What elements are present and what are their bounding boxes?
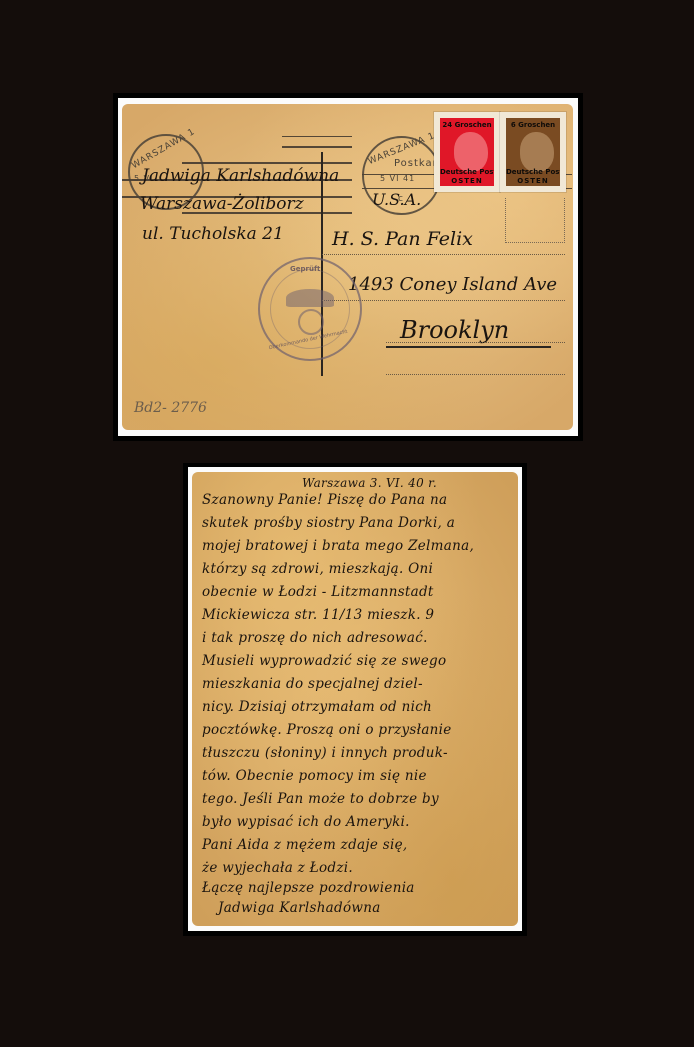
address-line (386, 374, 565, 375)
stamp-24-groschen: 24 Groschen Deutsche Post OSTEN (434, 112, 500, 192)
letter-line: że wyjechała z Łodzi. (202, 860, 353, 876)
portrait-icon (520, 132, 554, 172)
letter-line: skutek prośby siostry Pana Dorki, a (202, 515, 455, 531)
recipient-street: 1493 Coney Island Ave (348, 274, 557, 295)
archive-number: Bd2- 2776 (134, 400, 207, 416)
letter-line: Łączę najlepsze pozdrowienia (202, 880, 415, 896)
letter-line: mieszkania do specjalnej dziel- (202, 676, 423, 692)
letter-line: Mickiewicza str. 11/13 mieszk. 9 (202, 607, 434, 623)
letter-date: Warszawa 3. VI. 40 r. (302, 476, 437, 490)
letter-line: Musieli wyprowadzić się ze swego (202, 653, 446, 669)
postcard-front: WARSZAWA 1 5.VI WARSZAWA 1 Postkarte 5 V… (122, 104, 573, 430)
recipient-country: U.S.A. (372, 190, 421, 209)
letter-line: którzy są zdrowi, mieszkają. Oni (202, 561, 433, 577)
sender-name: Jadwiga Karlshadówna (142, 166, 339, 186)
postmark-right-date: 5 VI 41 (380, 174, 415, 183)
portrait-icon (454, 132, 488, 172)
letter-line: tów. Obecnie pomocy im się nie (202, 768, 427, 784)
letter-line: było wypisać ich do Ameryki. (202, 814, 410, 830)
stamp-overprint: OSTEN (506, 177, 560, 185)
address-line (386, 342, 565, 343)
letter-line: mojej bratowej i brata mego Zelmana, (202, 538, 474, 554)
cancel-bar (282, 136, 352, 137)
city-underline (386, 346, 551, 348)
stamp-box (505, 198, 565, 243)
wreath-icon (298, 309, 324, 335)
letter-line: obecnie w Łodzi - Litzmannstadt (202, 584, 434, 600)
sender-city: Warszawa-Żoliborz (140, 194, 304, 214)
letter-line: tego. Jeśli Pan może to dobrze by (202, 791, 439, 807)
stamp-overprint: OSTEN (440, 177, 494, 185)
cancel-bar (282, 146, 352, 148)
postcard-back: Warszawa 3. VI. 40 r. Szanowny Panie! Pi… (192, 472, 518, 926)
eagle-icon (286, 289, 334, 307)
stamp-6-groschen: 6 Groschen Deutsche Post OSTEN (500, 112, 566, 192)
censor-stamp: Geprüft Oberkommando der Wehrmacht (258, 257, 362, 361)
letter-line: nicy. Dzisiaj otrzymałam od nich (202, 699, 432, 715)
letter-line: Pani Aida z mężem zdaje się, (202, 837, 407, 853)
letter-line: tłuszczu (słoniny) i innych produk- (202, 745, 448, 761)
letter-line: Szanowny Panie! Piszę do Pana na (202, 492, 447, 508)
recipient-name: H. S. Pan Felix (332, 228, 473, 250)
recipient-city: Brooklyn (400, 316, 509, 344)
stamp-overprint: Deutsche Post (440, 168, 494, 176)
censor-top-text: Geprüft (290, 265, 320, 273)
address-line (322, 254, 565, 255)
letter-line: pocztówkę. Proszą oni o przysłanie (202, 722, 452, 738)
stamp-overprint: Deutsche Post (506, 168, 560, 176)
letter-line: i tak proszę do nich adresować. (202, 630, 428, 646)
sender-street: ul. Tucholska 21 (142, 224, 284, 244)
cancel-bar (182, 162, 352, 164)
letter-signature: Jadwiga Karlshadówna (218, 900, 381, 916)
